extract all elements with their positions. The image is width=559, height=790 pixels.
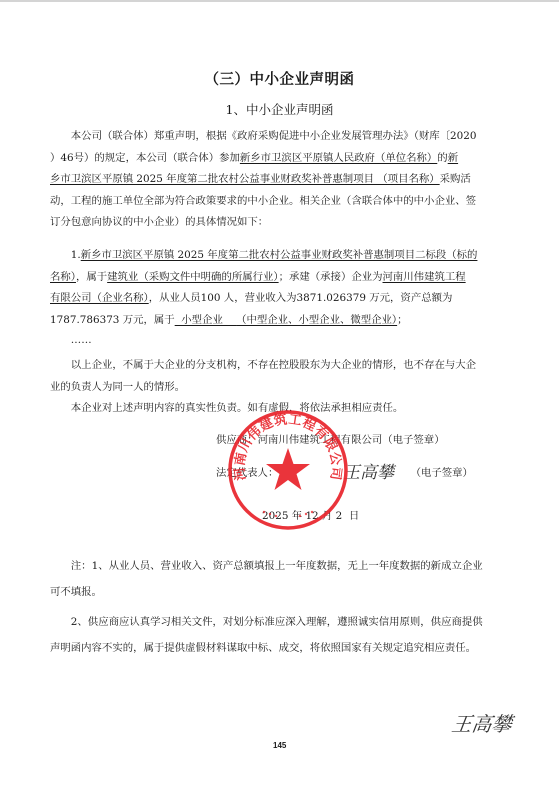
footer-signature: 王高攀 bbox=[450, 708, 514, 737]
page-number: 145 bbox=[273, 741, 286, 750]
note1-line-2: 可不填报。 bbox=[50, 579, 510, 605]
intro-line-2-mid: 的 bbox=[437, 152, 447, 164]
lot-name: 新乡市卫滨区平原镇 2025 年度第二批农村公益事业财政奖补普惠制项目二标段（标… bbox=[81, 249, 478, 261]
statement1-line-2: 业的负责人为同一人的情形。 bbox=[50, 377, 510, 399]
item1-line-2: 名称），属于建筑业（采购文件中明确的所属行业）；承建（承接）企业为河南川伟建筑工… bbox=[50, 267, 510, 289]
item-number: 1. bbox=[71, 249, 81, 261]
intro-line-3-suffix: 采购活 bbox=[440, 173, 471, 185]
industry: 建筑业（采购文件中明确的所属行业） bbox=[107, 271, 278, 283]
legal-rep-signature: 王高攀 bbox=[343, 463, 394, 483]
enterprise-item-1: 1.新乡市卫滨区平原镇 2025 年度第二批农村公益事业财政奖补普惠制项目二标段… bbox=[50, 245, 510, 331]
company-name-start: 河南川伟建筑工程 bbox=[383, 271, 466, 283]
note2-line-1: 2、供应商应认真学习相关文件，对划分标准应深入理解，遵照诚实信用原则，供应商提供 bbox=[50, 609, 510, 635]
employees-revenue-text: ，从业人员100 人，营业收入为3871.026379 万元，资产总额为 bbox=[149, 292, 453, 304]
intro-line-5: 订分包意向协议的中小企业）的具体情况如下： bbox=[50, 212, 510, 234]
item1-line-4: 1787.786373 万元，属于 小型企业 （中型企业、小型企业、微型企业）； bbox=[50, 310, 510, 332]
intro-line-2: ）46号）的规定，本公司（联合体）参加新乡市卫滨区平原镇人民政府（单位名称）的新 bbox=[50, 148, 510, 170]
project-name: 乡市卫滨区平原镇 2025 年度第二批农村公益事业财政奖补普惠制项目 （项目名称… bbox=[50, 173, 440, 185]
document-title: （三）中小企业声明函 bbox=[0, 68, 559, 89]
document-subtitle: 1、中小企业声明函 bbox=[0, 100, 559, 118]
project-name-start: 新 bbox=[448, 152, 458, 164]
note1-line-1: 注：1、从业人员、营业收入、资产总额填报上一年度数据，无上一年度数据的新成立企业 bbox=[50, 553, 510, 579]
notes-section: 注：1、从业人员、营业收入、资产总额填报上一年度数据，无上一年度数据的新成立企业… bbox=[50, 553, 510, 661]
size-options: （中型企业、小型企业、微型企业） bbox=[236, 314, 397, 326]
intro-line-4: 动，工程的施工单位全部为符合政策要求的中小企业。相关企业（含联合体中的中小企业、… bbox=[50, 191, 510, 213]
statement1-line-1: 以上企业，不属于大企业的分支机构，不存在控股股东为大企业的情形，也不存在与大企 bbox=[50, 355, 510, 377]
enterprise-size: 小型企业 bbox=[175, 314, 236, 326]
belongs-to-label: ，属于 bbox=[76, 271, 107, 283]
document-page: （三）中小企业声明函 1、中小企业声明函 本公司（联合体）郑重声明，根据《政府采… bbox=[0, 0, 559, 790]
intro-line-2-prefix: ）46号）的规定，本公司（联合体）参加 bbox=[50, 152, 240, 164]
lot-name-end: 名称） bbox=[50, 271, 76, 283]
contractor-label: ；承建（承接）企业为 bbox=[279, 271, 383, 283]
note2-line-2: 声明函内容不实的，属于提供虚假材料谋取中标、成交，将依照国家有关规定追究相应责任… bbox=[50, 635, 510, 661]
company-seal-icon: 河南川伟建筑工程有限公司 bbox=[226, 408, 350, 532]
item1-line-3: 有限公司（企业名称），从业人员100 人，营业收入为3871.026379 万元… bbox=[50, 288, 510, 310]
buyer-name: 新乡市卫滨区平原镇人民政府（单位名称） bbox=[240, 152, 437, 164]
assets-text: 1787.786373 万元，属于 bbox=[50, 314, 175, 326]
company-name: 有限公司（企业名称） bbox=[50, 292, 149, 304]
legal-rep-suffix: （电子签章） bbox=[411, 467, 473, 479]
ellipsis-text: …… bbox=[50, 330, 510, 352]
item1-end: ； bbox=[397, 314, 407, 326]
item1-line-1: 1.新乡市卫滨区平原镇 2025 年度第二批农村公益事业财政奖补普惠制项目二标段… bbox=[50, 245, 510, 267]
intro-line-1: 本公司（联合体）郑重声明，根据《政府采购促进中小企业发展管理办法》（财库〔202… bbox=[50, 126, 510, 148]
intro-paragraph: 本公司（联合体）郑重声明，根据《政府采购促进中小企业发展管理办法》（财库〔202… bbox=[50, 126, 510, 234]
intro-line-3: 乡市卫滨区平原镇 2025 年度第二批农村公益事业财政奖补普惠制项目 （项目名称… bbox=[50, 169, 510, 191]
ellipsis: …… bbox=[50, 330, 510, 352]
